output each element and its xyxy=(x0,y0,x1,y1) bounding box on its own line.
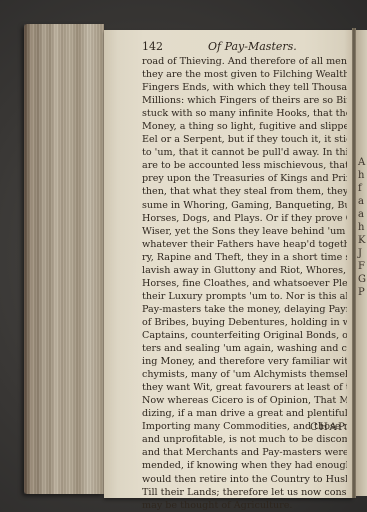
facing-text-fragment: G xyxy=(358,273,366,286)
text-line: may be thought of Agriculture. xyxy=(142,499,347,512)
text-line: to 'um, that it cannot be pull'd away. I… xyxy=(142,146,347,159)
text-line: ing Money, and therefore very familiar w… xyxy=(142,355,347,368)
text-line: chymists, many of 'um Alchymists themsel… xyxy=(142,368,347,381)
text-line: are to be accounted less mischievous, th… xyxy=(142,159,347,172)
text-line: and that Merchants and Pay-masters were … xyxy=(142,446,347,459)
text-line: Wiser, yet the Sons they leave behind 'u… xyxy=(142,225,347,238)
text-line: dizing, if a man drive a great and plent… xyxy=(142,407,347,420)
text-line: Horses, fine Cloathes, and whatsoever Pl… xyxy=(142,277,347,290)
facing-text-fragment: h xyxy=(358,169,364,182)
text-line: Pay-masters take the money, delaying Pay… xyxy=(142,303,347,316)
facing-text-fragment: K xyxy=(358,234,365,247)
text-line: ters and sealing 'um again, washing and … xyxy=(142,342,347,355)
text-line: Fingers Ends, with which they tell Thous… xyxy=(142,81,347,94)
text-line: stuck with so many infinite Hooks, that … xyxy=(142,107,347,120)
facing-text-fragment: a xyxy=(358,208,364,221)
text-line: of Bribes, buying Debentures, holding in… xyxy=(142,316,347,329)
text-line: Till their Lands; therefore let us now c… xyxy=(142,486,347,499)
facing-text-fragment: A xyxy=(358,156,365,169)
facing-text-fragment: h xyxy=(358,221,364,234)
facing-page-edge: A h f a a h K J F G P xyxy=(356,30,367,496)
facing-text-fragment: F xyxy=(358,260,365,273)
facing-text-fragment: a xyxy=(358,195,364,208)
text-line: Horses, Dogs, and Plays. Or if they prov… xyxy=(142,212,347,225)
text-line: they are the most given to Filching Weal… xyxy=(142,68,347,81)
text-line: would then retire into the Country to Hu… xyxy=(142,473,347,486)
text-line: Money, a thing so light, fugitive and sl… xyxy=(142,120,347,133)
text-line: then, that what they steal from them, th… xyxy=(142,185,347,198)
text-line: Millions: which Fingers of theirs are so… xyxy=(142,94,347,107)
text-line: prey upon the Treasuries of Kings and Pr… xyxy=(142,172,347,185)
running-title: Of Pay-Masters. xyxy=(208,40,297,53)
page-edges xyxy=(24,24,104,494)
text-line: Captains, counterfeiting Original Bonds,… xyxy=(142,329,347,342)
text-line: ry, Rapine and Theft, they in a short ti… xyxy=(142,251,347,264)
facing-text-fragment: P xyxy=(358,286,365,299)
text-line: mended, if knowing when they had enough,… xyxy=(142,459,347,472)
text-line: their Luxury prompts 'um to. Nor is this… xyxy=(142,290,347,303)
text-line: Now whereas Cicero is of Opinion, That M… xyxy=(142,394,347,407)
text-line: Eel or a Serpent, but if they touch it, … xyxy=(142,133,347,146)
text-line: they want Wit, great favourers at least … xyxy=(142,381,347,394)
catchword: CHAP. xyxy=(310,422,349,433)
page-header: 142 Of Pay-Masters. xyxy=(142,40,347,54)
text-line: whatever their Fathers have heap'd toget… xyxy=(142,238,347,251)
facing-text-fragment: J xyxy=(358,247,362,260)
body-text: road of Thieving. And therefore of all m… xyxy=(142,55,347,512)
text-line: road of Thieving. And therefore of all m… xyxy=(142,55,347,68)
text-line: lavish away in Gluttony and Riot, Whores… xyxy=(142,264,347,277)
text-line: sume in Whoring, Gaming, Banqueting, Bui… xyxy=(142,199,347,212)
page-number: 142 xyxy=(142,40,163,53)
facing-text-fragment: f xyxy=(358,182,362,195)
text-line: and unprofitable, is not much to be disc… xyxy=(142,433,347,446)
